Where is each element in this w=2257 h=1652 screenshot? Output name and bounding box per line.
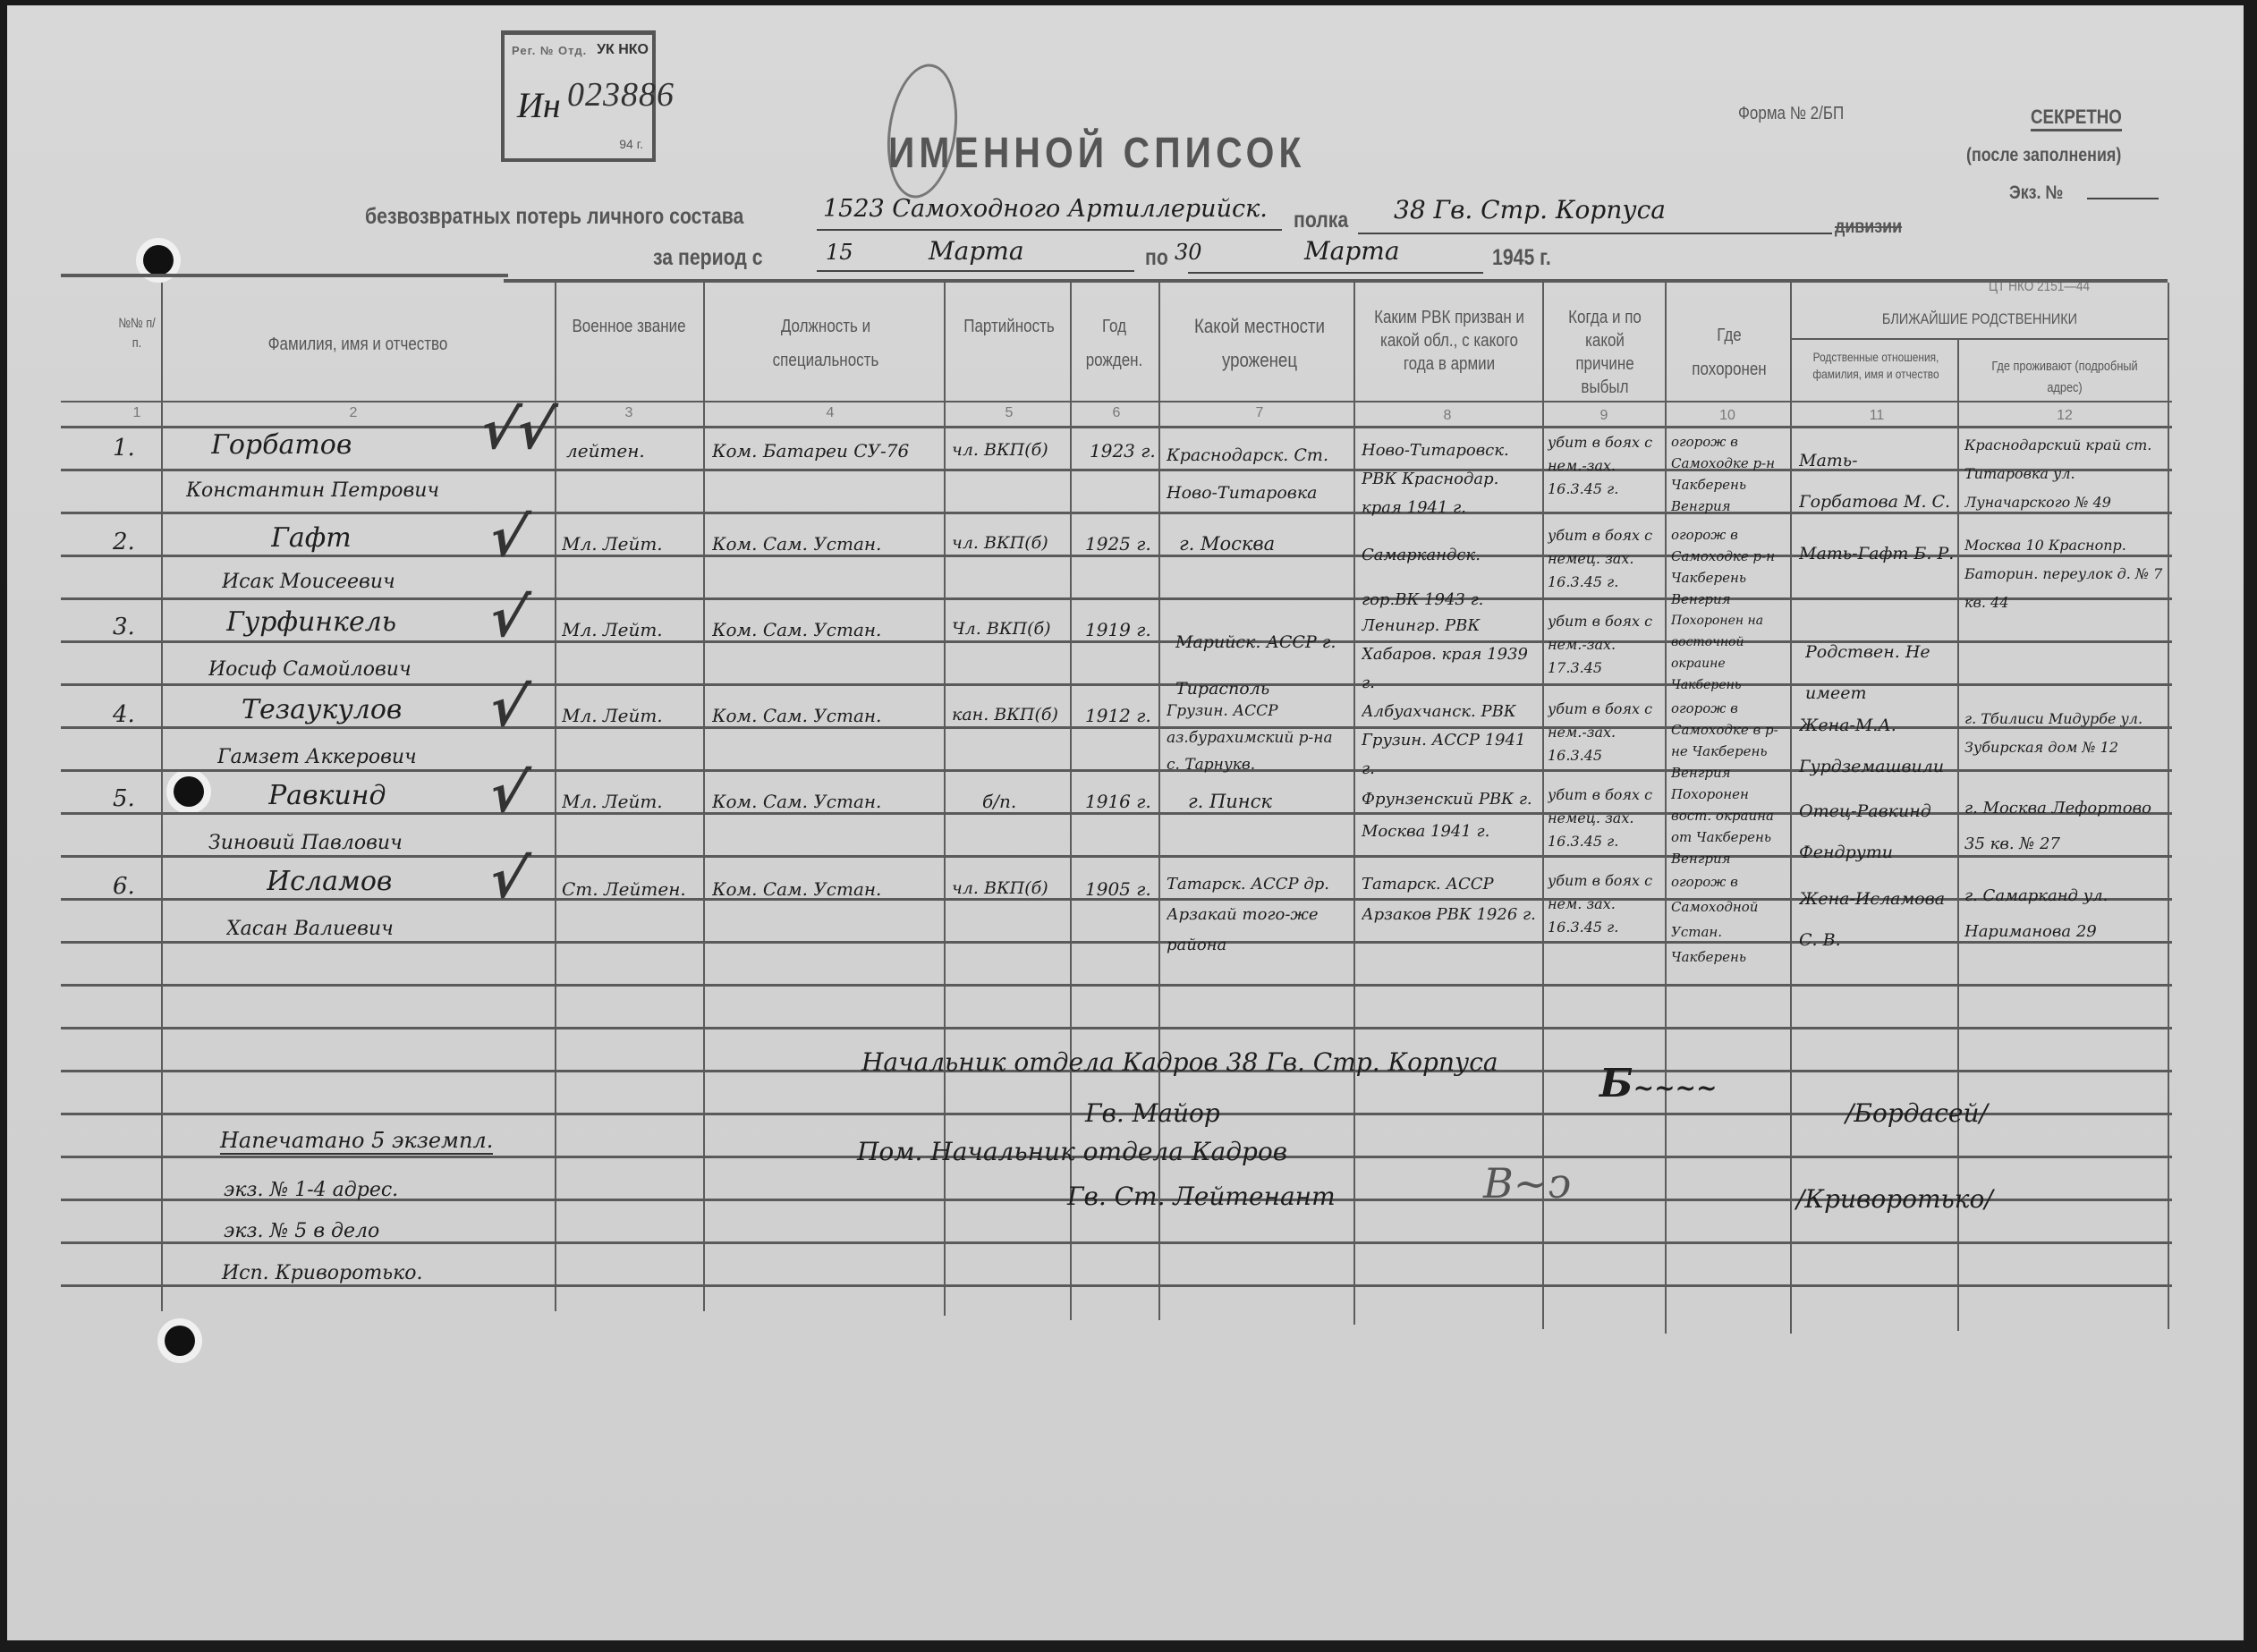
rvk: Ленингр. РВК Хабаров. края 1939 г.	[1362, 612, 1540, 701]
surname: Горбатов	[211, 429, 352, 461]
surname: Равкинд	[268, 780, 386, 811]
row-number: 5.	[113, 785, 135, 812]
header-col-12: Где проживают (подробный адрес)	[1981, 356, 2149, 399]
period-label: за период с	[653, 245, 763, 271]
registration-stamp: Рег. № Отд. УК НКО Ин 023886 94 г.	[501, 30, 656, 162]
origin: Марийск. АССР г. Тирасполь	[1175, 619, 1350, 708]
burial-place: огорож в Самоходной Устан. Чакберень	[1671, 869, 1787, 968]
header-col-2: Фамилия, имя и отчество	[191, 327, 525, 361]
birth-year: 1905 г.	[1085, 878, 1151, 900]
copy-number-field	[2087, 198, 2159, 199]
rvk: Фрунзенский РВК г. Москва 1941 г.	[1362, 784, 1540, 882]
period-from-day: 15	[826, 240, 853, 265]
period-to-month: Марта	[1304, 236, 1400, 266]
signature-2: B~ↄ	[1483, 1159, 1571, 1207]
rvk: Самаркандск. гор.ВК 1943 г.	[1362, 533, 1540, 623]
colnum-3: 3	[615, 405, 642, 421]
unit-name: 1523 Самоходного Артиллерийск.	[823, 195, 1268, 223]
header-col-7: Какой местности уроженец	[1184, 309, 1336, 377]
header-col-6: Год рожден.	[1078, 309, 1150, 377]
colnum-9: 9	[1591, 408, 1617, 424]
party: б/п.	[982, 791, 1063, 812]
surname: Тезаукулов	[242, 694, 402, 725]
rank: Ст. Лейтен.	[562, 878, 686, 900]
colnum-4: 4	[817, 405, 844, 421]
note-copy-5: экз. № 5 в дело	[224, 1220, 379, 1242]
stamp-letter: Ин	[517, 84, 561, 126]
signature-1: Б~~~~	[1599, 1061, 1717, 1106]
party: чл. ВКП(б)	[952, 533, 1068, 553]
subtitle-prefix: безвозвратных потерь личного состава	[365, 204, 743, 230]
header-col-9: Когда и по какой причине выбыл	[1557, 306, 1654, 399]
given-names: Хасан Валиевич	[226, 918, 394, 940]
stamp-header-left: Рег. № Отд.	[512, 44, 587, 57]
rvk: Албуахчанск. РВК Грузин. АССР 1941 г.	[1362, 698, 1540, 787]
burial-place: Похоронен на восточной окраине Чакберень…	[1671, 610, 1787, 699]
division-label-struck: дивизии	[1835, 216, 1902, 238]
document-page: Рег. № Отд. УК НКО Ин 023886 94 г. ИМЕНН…	[7, 5, 2244, 1640]
colnum-1: 1	[123, 405, 150, 421]
page-title: ИМЕННОЙ СПИСОК	[888, 129, 1305, 178]
reason: убит в боях с немец. зах. 16.3.45 г.	[1548, 784, 1662, 873]
header-group-relatives: БЛИЖАЙШИЕ РОДСТВЕННИКИ	[1824, 302, 2136, 336]
party: Чл. ВКП(б)	[952, 619, 1068, 639]
colnum-2: 2	[340, 405, 367, 421]
checkmark-icon: √	[484, 506, 533, 569]
surname: Исламов	[267, 866, 392, 897]
reason: убит в боях с нем.-зах. 17.3.45	[1548, 610, 1662, 699]
copy-number-label: Экз. №	[2009, 182, 2063, 204]
position: Ком. Сам. Устан.	[712, 619, 940, 640]
header-col-11: Родственные отношения, фамилия, имя и от…	[1808, 349, 1943, 383]
reason: убит в боях с немец. зах. 16.3.45 г.	[1548, 524, 1662, 614]
burial-place: огорож в Самоходке р-н Чакберень Венгрия	[1671, 524, 1787, 610]
position: Ком. Батареи СУ-76	[712, 440, 940, 462]
reason: убит в боях с нем.-зах. 16.3.45	[1548, 698, 1662, 787]
origin: Грузин. АССР аз.бурахимский р-на с. Тарн…	[1167, 698, 1350, 787]
corps-name: 38 Гв. Стр. Корпуса	[1394, 195, 1666, 225]
form-number: Форма № 2/БП	[1738, 104, 1844, 124]
relative: Жена-Исламова С. В.	[1799, 878, 1956, 964]
colnum-10: 10	[1714, 408, 1741, 424]
party: чл. ВКП(б)	[952, 878, 1068, 898]
period-from-month: Марта	[929, 236, 1024, 266]
position: Ком. Сам. Устан.	[712, 791, 940, 812]
colnum-8: 8	[1434, 408, 1461, 424]
signer1-title: Начальник отдела Кадров 38 Гв. Стр. Корп…	[861, 1047, 1498, 1077]
birth-year: 1925 г.	[1085, 533, 1151, 555]
colnum-11: 11	[1863, 408, 1890, 424]
punch-hole-middle	[174, 776, 204, 807]
position: Ком. Сам. Устан.	[712, 533, 940, 555]
relative: Отец-Равкинд Фендрути	[1799, 791, 1956, 877]
colnum-12: 12	[2051, 408, 2078, 424]
given-names: Исак Моисеевич	[222, 571, 395, 593]
origin: Татарск. АССР др. Арзакай того-же района	[1167, 869, 1350, 968]
burial-place: огорож в Самоходке в р-не Чакберень Венг…	[1671, 698, 1787, 787]
reason: убит в боях с нем.-зах. 16.3.45 г.	[1548, 431, 1662, 521]
colnum-6: 6	[1103, 405, 1130, 421]
row-number: 3.	[113, 614, 135, 640]
punch-hole-top	[143, 245, 174, 275]
signer1-rank: Гв. Майор	[1085, 1098, 1220, 1128]
position: Ком. Сам. Устан.	[712, 705, 940, 726]
rank: лейтен.	[566, 440, 645, 462]
stamp-number: 023886	[567, 75, 675, 114]
birth-year: 1912 г.	[1085, 705, 1151, 726]
relative: Мать-Горбатова М. С.	[1799, 440, 1956, 526]
row-number: 2.	[113, 529, 135, 555]
polka-label: полка	[1294, 208, 1348, 233]
birth-year: 1916 г.	[1085, 791, 1151, 812]
given-names: Гамзет Аккерович	[217, 746, 417, 768]
header-col-4: Должность и специальность	[738, 309, 913, 377]
colnum-7: 7	[1246, 405, 1273, 421]
signer2-title: Пом. Начальник отдела Кадров	[857, 1137, 1287, 1166]
header-col-10: Где похоронен	[1680, 318, 1779, 386]
surname: Гафт	[271, 522, 352, 554]
row-number: 4.	[113, 701, 135, 728]
address: г. Тбилиси Мидурбе ул. Зубирская дом № 1…	[1964, 705, 2166, 794]
address: Краснодарский край ст. Титаровка ул. Лун…	[1964, 431, 2166, 521]
given-names: Константин Петрович	[186, 479, 439, 502]
origin: Краснодарск. Ст. Ново-Титаровка	[1167, 436, 1350, 517]
position: Ком. Сам. Устан.	[712, 878, 940, 900]
period-year: 1945 г.	[1492, 245, 1551, 271]
origin: г. Пинск	[1188, 791, 1349, 812]
note-executor: Исп. Криворотько.	[222, 1262, 423, 1284]
rank: Мл. Лейт.	[562, 791, 663, 812]
party: кан. ВКП(б)	[952, 705, 1068, 724]
signer1-name: /Бордасей/	[1845, 1098, 1988, 1128]
birth-year: 1923 г.	[1090, 440, 1156, 462]
row-number: 6.	[113, 873, 135, 900]
stamp-header-right: УК НКО	[597, 42, 649, 58]
address: Москва 10 Краснопр. Баторин. переулок д.…	[1964, 531, 2166, 621]
checkmark-icon: √√	[475, 399, 560, 462]
period-to-label: по	[1145, 245, 1168, 271]
header-col-3: Военное звание	[572, 309, 686, 343]
rank: Мл. Лейт.	[562, 705, 663, 726]
stamp-year: 94 г.	[619, 137, 643, 151]
punch-hole-bottom	[165, 1326, 195, 1356]
surname: Гурфинкель	[226, 606, 396, 638]
period-to-day: 30	[1175, 240, 1202, 265]
burial-place: Похоронен вост. окраина от Чакберень Вен…	[1671, 784, 1787, 873]
from-underline	[817, 270, 1134, 272]
reason: убит в боях с нем. зах. 16.3.45 г.	[1548, 869, 1662, 968]
row-number: 1.	[113, 435, 135, 462]
note-copies-1-4: экз. № 1-4 адрес.	[224, 1179, 398, 1201]
rank: Мл. Лейт.	[562, 619, 663, 640]
address: г. Москва Лефортово 35 кв. № 27	[1964, 791, 2166, 880]
relative: Жена-М.А. Гурдземашвили	[1799, 705, 1956, 791]
signer2-name: /Криворотько/	[1796, 1184, 1993, 1214]
header-col-1: №№ п/п.	[115, 314, 160, 353]
classification-label: СЕКРЕТНО	[2031, 106, 2122, 131]
header-col-5: Партийность	[963, 309, 1055, 343]
rank: Мл. Лейт.	[562, 533, 663, 555]
relative: Мать-Гафт Б. Р.	[1799, 533, 1956, 619]
rvk: Ново-Титаровск. РВК Краснодар. края 1941…	[1362, 436, 1540, 522]
rvk: Татарск. АССР Арзаков РВК 1926 г.	[1362, 869, 1540, 968]
signer2-rank: Гв. Ст. Лейтенант	[1067, 1182, 1336, 1211]
header-col-8: Каким РВК призван и какой обл., с какого…	[1373, 306, 1525, 376]
party: чл. ВКП(б)	[952, 440, 1068, 460]
to-underline	[1188, 272, 1483, 274]
given-names: Зиновий Павлович	[208, 832, 403, 854]
corps-underline	[1358, 233, 1832, 234]
note-printed-copies: Напечатано 5 экземпл.	[220, 1128, 493, 1155]
colnum-5: 5	[996, 405, 1022, 421]
address: г. Самарканд ул. Нариманова 29	[1964, 878, 2166, 968]
classification-note: (после заполнения)	[1966, 145, 2121, 166]
given-names: Иосиф Самойлович	[208, 658, 412, 681]
burial-place: огорож в Самоходке р-н Чакберень Венгрия	[1671, 431, 1787, 517]
origin: г. Москва	[1179, 533, 1349, 555]
unit-underline	[817, 229, 1282, 231]
birth-year: 1919 г.	[1085, 619, 1151, 640]
